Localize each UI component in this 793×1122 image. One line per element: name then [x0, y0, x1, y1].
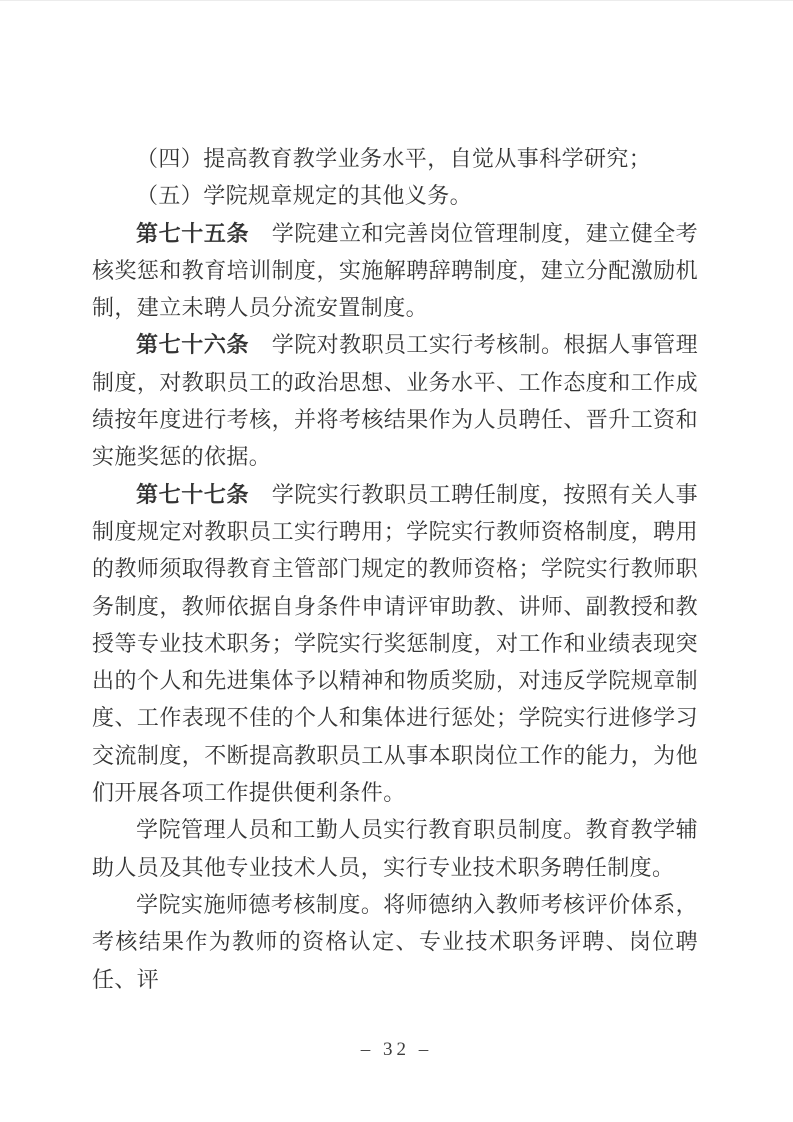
document-page: （四）提高教育教学业务水平，自觉从事科学研究； （五）学院规章规定的其他义务。 …: [0, 0, 793, 1122]
paragraph-item-4: （四）提高教育教学业务水平，自觉从事科学研究；: [92, 140, 698, 177]
article-number: 第七十五条: [136, 221, 272, 246]
paragraph-article-76: 第七十六条 学院对教职员工实行考核制。根据人事管理制度，对教职员工的政治思想、业…: [92, 326, 698, 475]
paragraph-text: 学院实行教职员工聘任制度，按照有关人事制度规定对教职员工实行聘用；学院实行教师资…: [92, 482, 698, 805]
article-number: 第七十七条: [136, 482, 272, 507]
paragraph-staff-system: 学院管理人员和工勤人员实行教育职员制度。教育教学辅助人员及其他专业技术人员，实行…: [92, 811, 698, 886]
page-footer: – 32 –: [0, 1039, 793, 1061]
paragraph-item-5: （五）学院规章规定的其他义务。: [92, 177, 698, 214]
paragraph-text: （四）提高教育教学业务水平，自觉从事科学研究；: [136, 146, 651, 171]
paragraph-article-77: 第七十七条 学院实行教职员工聘任制度，按照有关人事制度规定对教职员工实行聘用；学…: [92, 476, 698, 812]
paragraph-text: （五）学院规章规定的其他义务。: [136, 183, 472, 208]
paragraph-ethics-assessment: 学院实施师德考核制度。将师德纳入教师考核评价体系，考核结果作为教师的资格认定、专…: [92, 886, 698, 998]
document-text-block: （四）提高教育教学业务水平，自觉从事科学研究； （五）学院规章规定的其他义务。 …: [92, 140, 698, 998]
article-number: 第七十六条: [136, 332, 272, 357]
page-number: – 32 –: [361, 1039, 433, 1060]
paragraph-text: 学院实施师德考核制度。将师德纳入教师考核评价体系，考核结果作为教师的资格认定、专…: [92, 892, 698, 992]
paragraph-text: 学院管理人员和工勤人员实行教育职员制度。教育教学辅助人员及其他专业技术人员，实行…: [92, 817, 698, 879]
paragraph-article-75: 第七十五条 学院建立和完善岗位管理制度，建立健全考核奖惩和教育培训制度，实施解聘…: [92, 215, 698, 327]
